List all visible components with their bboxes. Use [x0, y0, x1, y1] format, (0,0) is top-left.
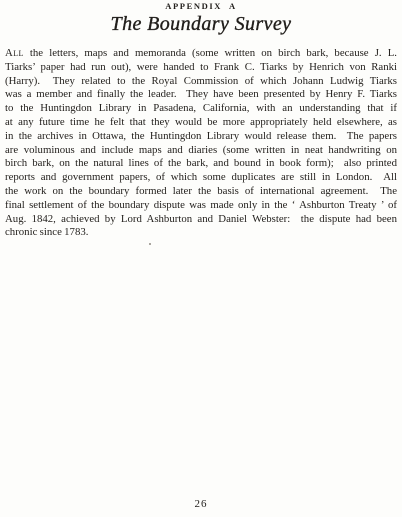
text-line-2: Tiarks’ paper had run out), were handed …	[5, 61, 397, 75]
page-title: The Boundary Survey	[0, 13, 402, 36]
text-line-6: at any future time he felt that they wou…	[5, 116, 397, 130]
text-line-12: final settlement of the boundary dispute…	[5, 199, 397, 213]
text-line-13: Aug. 1842, achieved by Lord Ashburton an…	[5, 213, 397, 227]
text-line-8: are voluminous and include maps and diar…	[5, 144, 397, 158]
appendix-header: APPENDIX A	[0, 1, 402, 11]
text-line-1: All the letters, maps and memoranda (som…	[5, 47, 397, 61]
text-line-7: in the archives in Ottawa, the Huntingdo…	[5, 130, 397, 144]
text-line-5: to the Huntingdon Library in Pasadena, C…	[5, 102, 397, 116]
text-line-9: birch bark, on the natural lines of the …	[5, 157, 397, 171]
text-line-10: reports and government papers, of which …	[5, 171, 397, 185]
lead-word: All	[5, 47, 24, 59]
page-number: 26	[0, 498, 402, 510]
text-line-11: the work on the boundary formed later th…	[5, 185, 397, 199]
print-speck-artifact	[149, 243, 151, 245]
body-paragraph: All the letters, maps and memoranda (som…	[5, 47, 397, 240]
text-line-3: (Harry). They related to the Royal Commi…	[5, 75, 397, 89]
book-page: APPENDIX A The Boundary Survey All the l…	[0, 0, 402, 517]
text-line-14: chronic since 1783.	[5, 226, 397, 240]
text-line-4: was a member and finally the leader. The…	[5, 88, 397, 102]
